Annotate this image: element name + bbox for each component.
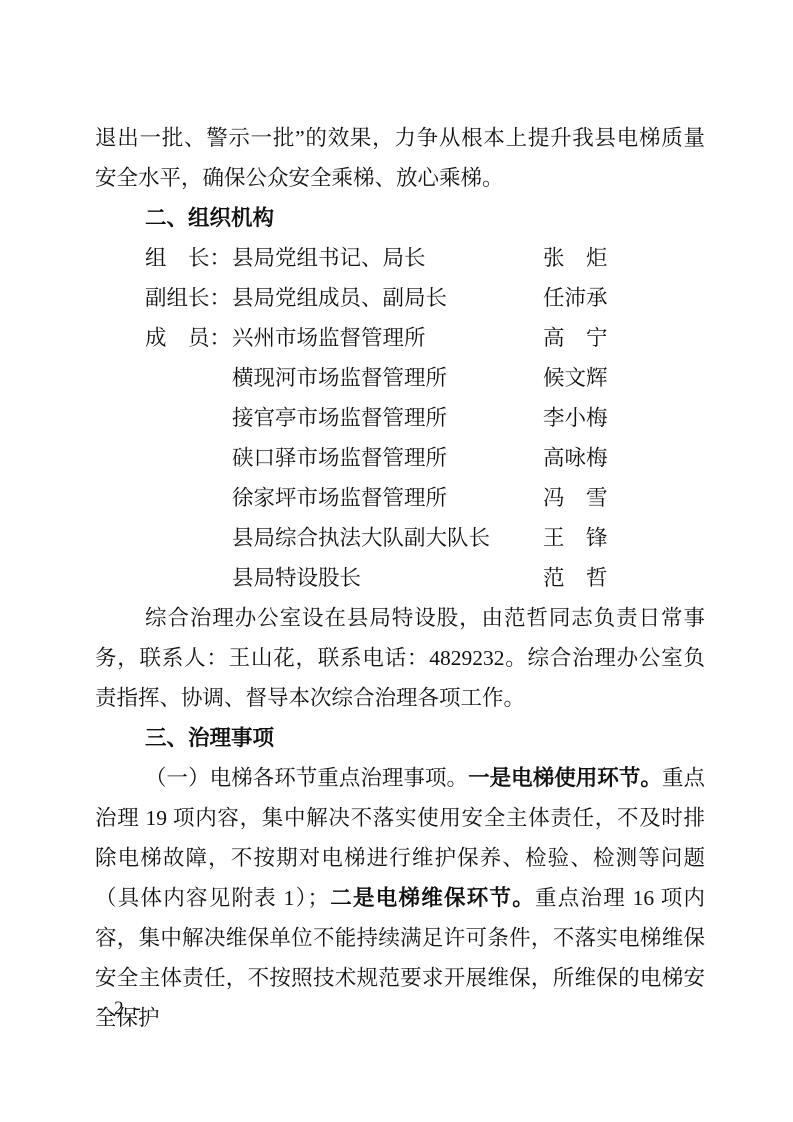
items-segment-maintenance-bold: 二是电梯维保环节。 [329, 886, 535, 910]
member-name: 范 哲 [543, 558, 608, 598]
member-department: 县局特设股长 [232, 566, 361, 590]
items-segment-usage-bold: 一是电梯使用环节。 [468, 766, 662, 790]
member-department: 接官亭市场监督管理所 [232, 406, 447, 430]
office-paragraph: 综合治理办公室设在县局特设股，由范哲同志负责日常事务，联系人：王山花，联系电话：… [95, 598, 705, 718]
member-row: 成 员：兴州市场监督管理所 高 宁 [95, 318, 705, 358]
member-department: 徐家坪市场监督管理所 [232, 486, 447, 510]
member-name: 张 炬 [543, 238, 608, 278]
member-row: 横现河市场监督管理所 候文辉 [95, 358, 705, 398]
items-segment-lead: （一）电梯各环节重点治理事项。 [145, 766, 468, 790]
document-page: 退出一批、警示一批”的效果，力争从根本上提升我县电梯质量安全水平，确保公众安全乘… [0, 0, 793, 1122]
member-row: 副组长：县局党组成员、副局长 任沛承 [95, 278, 705, 318]
member-department: 硖口驿市场监督管理所 [232, 446, 447, 470]
items-paragraph: （一）电梯各环节重点治理事项。一是电梯使用环节。重点治理 19 项内容，集中解决… [95, 758, 705, 1038]
member-row: 接官亭市场监督管理所 李小梅 [95, 398, 705, 438]
member-row: 县局特设股长 范 哲 [95, 558, 705, 598]
member-name: 高 宁 [543, 318, 608, 358]
member-name: 王 锋 [543, 518, 608, 558]
member-name: 高咏梅 [543, 438, 608, 478]
member-department: 横现河市场监督管理所 [232, 366, 447, 390]
member-row: 县局综合执法大队副大队长 王 锋 [95, 518, 705, 558]
section-heading-items: 三、治理事项 [95, 718, 705, 758]
member-row: 硖口驿市场监督管理所 高咏梅 [95, 438, 705, 478]
page-number: - 2 - [97, 996, 144, 1022]
member-name: 李小梅 [543, 398, 608, 438]
member-name: 冯 雪 [543, 478, 608, 518]
member-name: 任沛承 [543, 278, 608, 318]
member-role-label: 组 长： [145, 238, 232, 278]
member-department: 县局党组成员、副局长 [232, 286, 447, 310]
member-department: 县局党组书记、局长 [232, 246, 426, 270]
member-role-label: 成 员： [145, 318, 232, 358]
section-heading-organization: 二、组织机构 [95, 198, 705, 238]
member-row: 组 长：县局党组书记、局长 张 炬 [95, 238, 705, 278]
document-content: 退出一批、警示一批”的效果，力争从根本上提升我县电梯质量安全水平，确保公众安全乘… [95, 118, 705, 1038]
member-department: 兴州市场监督管理所 [232, 326, 426, 350]
member-department: 县局综合执法大队副大队长 [232, 526, 490, 550]
member-row: 徐家坪市场监督管理所 冯 雪 [95, 478, 705, 518]
member-role-label: 副组长： [145, 278, 232, 318]
intro-paragraph: 退出一批、警示一批”的效果，力争从根本上提升我县电梯质量安全水平，确保公众安全乘… [95, 118, 705, 198]
member-name: 候文辉 [543, 358, 608, 398]
